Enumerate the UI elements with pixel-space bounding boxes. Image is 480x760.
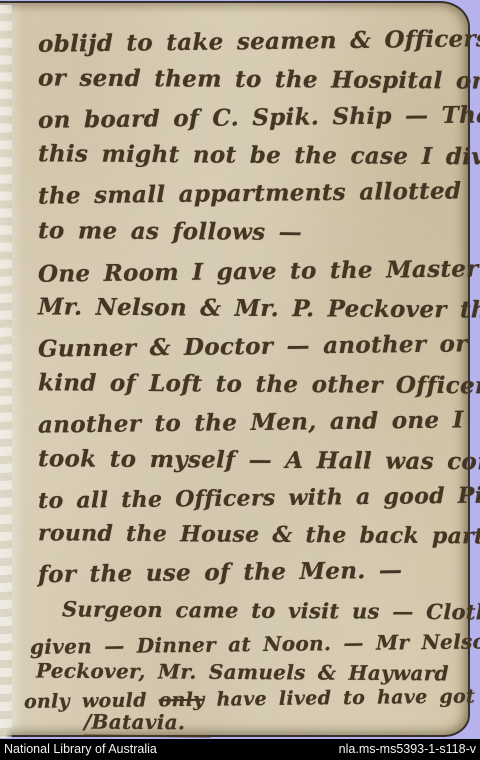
- manuscript-line: given — Dinner at Noon. — Mr Nelson: [30, 631, 480, 657]
- manuscript-line: to me as follows —: [38, 219, 302, 244]
- library-name: National Library of Australia: [4, 739, 157, 760]
- library-caption-bar: National Library of Australia nla.ms-ms5…: [0, 739, 480, 760]
- struck-word: only: [158, 689, 204, 712]
- manuscript-line: or send them to the Hospital or: [38, 66, 480, 92]
- manuscript-line: kind of Loft to the other Officers —: [38, 371, 480, 397]
- scanned-manuscript-view: oblijd to take seamen & Officers or send…: [0, 0, 480, 760]
- manuscript-line: this might not be the case I divided: [38, 142, 480, 169]
- manuscript-line: for the use of the Men. —: [38, 559, 402, 586]
- manuscript-line: One Room I gave to the Master: [38, 257, 479, 285]
- line-text: have lived to have got to: [204, 685, 480, 711]
- manuscript-line: Peckover, Mr. Samuels & Hayward: [36, 661, 449, 684]
- manuscript-line: oblijd to take seamen & Officers: [38, 27, 480, 56]
- manuscript-line: round the House & the back part was: [38, 522, 480, 548]
- manuscript-line: Surgeon came to visit us — Clothes: [62, 598, 480, 622]
- handwritten-text: oblijd to take seamen & Officers or send…: [0, 0, 480, 736]
- manuscript-line: took to myself — A Hall was common: [38, 447, 480, 474]
- manuscript-line: on board of C. Spik. Ship — That: [38, 103, 480, 132]
- manuscript-line: Gunner & Doctor — another or: [38, 332, 468, 360]
- manuscript-line: another to the Men, and one I: [38, 408, 464, 436]
- manuscript-line: Mr. Nelson & Mr. P. Peckover the: [38, 295, 480, 321]
- underlined-word: /Batavia.: [84, 710, 211, 738]
- manuscript-line: to all the Officers with a good Piazza: [38, 484, 480, 512]
- manuscript-reference-number: nla.ms-ms5393-1-s118-v: [339, 739, 476, 760]
- manuscript-line-with-strikethrough: only would only have lived to have got t…: [24, 687, 480, 712]
- manuscript-line: /Batavia.: [84, 712, 211, 733]
- manuscript-line: the small appartments allotted: [38, 179, 462, 207]
